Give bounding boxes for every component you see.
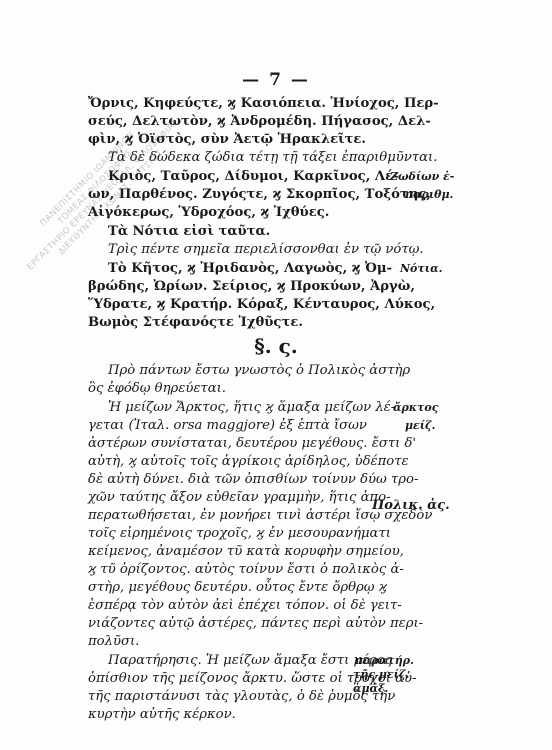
text-line: Ὕδρατε, ϗ Κρατήρ. Κόραξ, Κένταυρος, Λύκο… [88,296,435,314]
text-line: τῆς παριστάνυσι τὰς γλουτὰς, ὁ δὲ ῥυμὸς … [88,688,395,706]
text-line: τοῖς εἰρημένοις τροχοῖς, ϗ ἐν μεσουρανήμ… [88,525,391,543]
text-line: δὲ αὐτὴ δύνει. διὰ τῶν ὀπισθίων τοίνυν δ… [88,471,418,489]
text-line: ἀστέρων συνίσταται, δευτέρου μεγέθους. ἔ… [88,435,416,453]
text-line: Πρὸ πάντων ἔστω γνωστὸς ὁ Πολικὸς ἀστὴρ [108,362,410,380]
text-line: Τρὶς πέντε σημεῖα περιελίσσονθαι ἐν τῷ ν… [108,241,424,259]
margin-note-polikos: Πολικ. ἀς. [372,498,450,513]
section-heading: §. ς. [0,334,552,358]
text-line: ων, Παρθένος. Ζυγόςτε, ϗ Σκορπῖος, Τοξότ… [88,186,431,204]
text-line: φὶν, ϗ Ὀϊστὸς, σὺν Ἀετῷ Ἡρακλεῖτε. [88,131,366,149]
text-line: Παρατήρησις. Ἡ μείζων ἅμαξα ἔστι μέρος [108,652,392,670]
margin-note-paratir-cont: τῆς μείζ. [353,668,409,681]
margin-note-arktos: ἄρκτος [393,401,438,414]
text-line: ἑσπέρᾳ τὸν αὐτὸν ἀεὶ ἐπέχει τόπον. οἱ δὲ… [88,597,402,615]
text-line: πολῦσι. [88,633,139,651]
margin-note-zodia: Ζωδίων ἐ- [390,170,454,183]
text-line: γεται (Ἰταλ. orsa maggjore) ἐξ ἑπτὰ ἴσων [88,417,367,435]
text-line: χῶν ταύτης ἄξον εὐθεῖαν γραμμὴν, ἥτις ἀπ… [88,489,391,507]
text-line: Ὄρνις, Κηφεύςτε, ϗ Κασιόπεια. Ἡνίοχος, Π… [88,95,439,113]
text-line: Τὸ Κῆτος, ϗ Ἠριδανὸς, Λαγωὸς, ϗ Ὀμ- [108,260,392,278]
text-line: αὐτὴ, ϗ αὐτοῖς τοῖς ἀγρίκοις ἀρίδηλος, ὐ… [88,453,409,471]
margin-note-arktos-cont: μείζ. [405,419,435,432]
text-line: Τὰ δὲ δώδεκα ζώδια τέτῃ τῇ τάξει ἐπαριθμ… [108,149,437,167]
text-line: κυρτὴν αὐτῆς κέρκον. [88,706,236,724]
text-line: ὃς ἐφόδῳ θηρεύεται. [88,380,226,398]
text-line: Αἰγόκερως, Ὑδροχόος, ϗ Ἰχθύες. [88,204,329,222]
margin-note-paratir: παρατήρ. [355,654,414,667]
text-line: στὴρ, μεγέθους δευτέρυ. οὗτος ἔντε ὄρθρῳ… [88,579,387,597]
book-page: ΠΑΝΕΠΙΣΤΗΜΙΟ ΙΩΑΝΝΙΝΩΝ ΤΟΜΕΑΣ ΦΙΛΟΣΟΦΙΑΣ… [0,0,552,750]
text-line: Βωμὸς Στέφανόςτε Ἰχθῦςτε. [88,314,303,332]
page-number: — 7 — [0,70,552,90]
text-line: σεύς, Δελτωτὸν, ϗ Ἀνδρομέδη. Πήγασος, Δε… [88,113,431,131]
text-line: κείμενος, ἀναμέσον τῦ κατὰ κορυφὴν σημεί… [88,543,404,561]
margin-note-paratir-cont2: ἁμάξ. [353,682,388,695]
margin-note-zodia-cont: παριθμ. [405,188,453,201]
text-line: Κριὸς, Ταῦρος, Δίδυμοι, Καρκῖνος, Λέ- [108,168,399,186]
text-line: Ἡ μείζων Ἄρκτος, ἥτις ϗ ἅμαξα μείζων λέ- [108,399,395,417]
text-line: ϗ τῦ ὁρίζοντος. αὐτὸς τοίνυν ἔστι ὁ πολι… [88,561,404,579]
text-line: Τὰ Νότια εἰσὶ ταῦτα. [108,223,270,241]
margin-note-notia: Νότια. [400,262,442,275]
text-line: νιάζοντες αὐτῷ ἀστέρες, πάντες περὶ αὐτὸ… [88,615,423,633]
text-line: βρώδης, Ὠρίων. Σείριος, ϗ Προκύων, Ἀργὼ, [88,278,415,296]
